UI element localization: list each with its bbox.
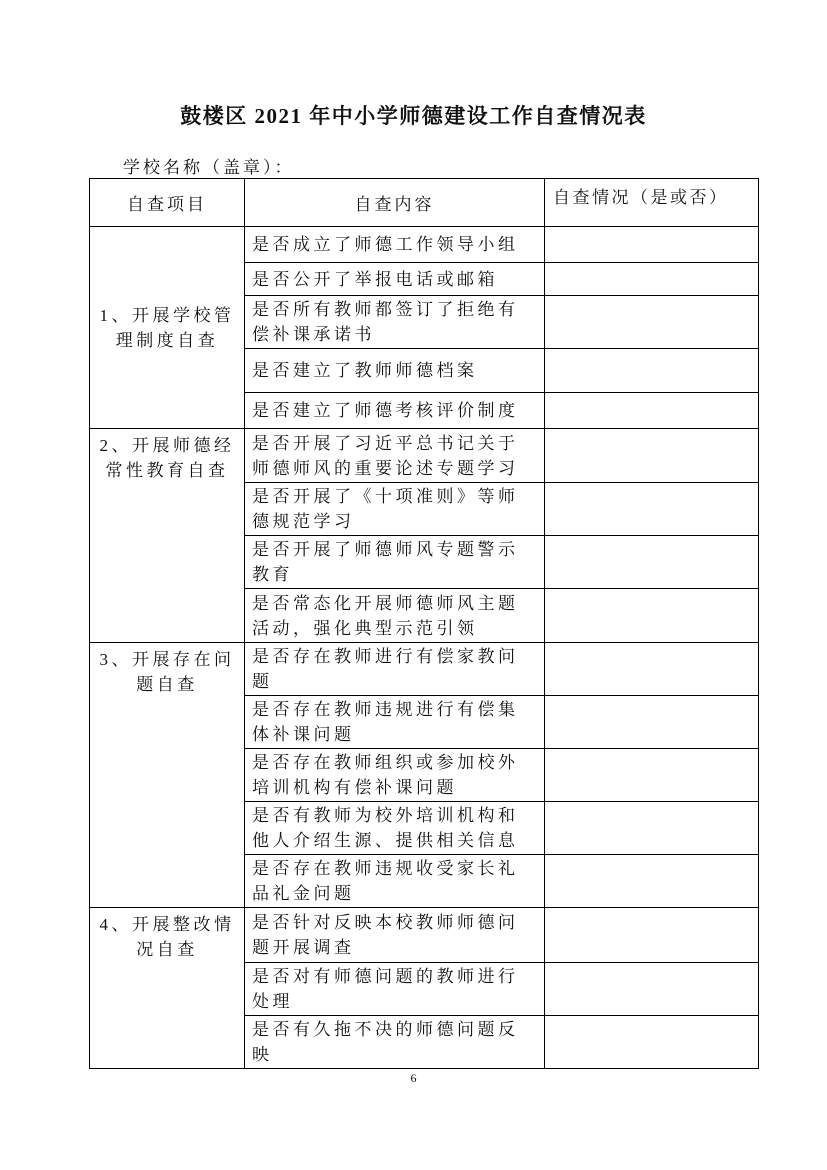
document-page: 鼓楼区 2021 年中小学师德建设工作自查情况表 学校名称（盖章）： 自查项目 … bbox=[0, 0, 827, 1170]
status-input-cell[interactable] bbox=[545, 749, 759, 802]
self-inspection-table: 自查项目 自查内容 自查情况（是或否） 1、开展学校管 理制度自查 是否成立了师… bbox=[89, 178, 759, 1069]
inspection-item: 是否对有师德问题的教师进行 处理 bbox=[245, 963, 545, 1016]
status-input-cell[interactable] bbox=[545, 963, 759, 1016]
status-input-cell[interactable] bbox=[545, 393, 759, 429]
status-input-cell[interactable] bbox=[545, 1016, 759, 1069]
inspection-item: 是否存在教师违规进行有偿集 体补课问题 bbox=[245, 696, 545, 749]
table-header-row: 自查项目 自查内容 自查情况（是或否） bbox=[90, 179, 759, 227]
page-number: 6 bbox=[0, 1071, 827, 1086]
inspection-item: 是否建立了师德考核评价制度 bbox=[245, 393, 545, 429]
column-header-status: 自查情况（是或否） bbox=[545, 179, 759, 227]
inspection-item: 是否成立了师德工作领导小组 bbox=[245, 227, 545, 263]
section-label-3: 3、开展存在问 题自查 bbox=[90, 643, 245, 908]
status-input-cell[interactable] bbox=[545, 349, 759, 393]
inspection-item: 是否存在教师进行有偿家教问 题 bbox=[245, 643, 545, 696]
inspection-item: 是否存在教师违规收受家长礼 品礼金问题 bbox=[245, 855, 545, 908]
status-input-cell[interactable] bbox=[545, 855, 759, 908]
inspection-item: 是否所有教师都签订了拒绝有 偿补课承诺书 bbox=[245, 296, 545, 349]
inspection-item: 是否开展了师德师风专题警示 教育 bbox=[245, 536, 545, 589]
inspection-item: 是否有久拖不决的师德问题反 映 bbox=[245, 1016, 545, 1069]
inspection-item: 是否常态化开展师德师风主题 活动，强化典型示范引领 bbox=[245, 589, 545, 643]
table-row: 3、开展存在问 题自查 是否存在教师进行有偿家教问 题 bbox=[90, 643, 759, 696]
status-input-cell[interactable] bbox=[545, 536, 759, 589]
status-input-cell[interactable] bbox=[545, 643, 759, 696]
status-input-cell[interactable] bbox=[545, 802, 759, 855]
status-input-cell[interactable] bbox=[545, 296, 759, 349]
status-input-cell[interactable] bbox=[545, 589, 759, 643]
status-input-cell[interactable] bbox=[545, 696, 759, 749]
inspection-item: 是否针对反映本校教师师德问 题开展调查 bbox=[245, 908, 545, 963]
table-row: 4、开展整改情 况自查 是否针对反映本校教师师德问 题开展调查 bbox=[90, 908, 759, 963]
inspection-item: 是否开展了习近平总书记关于 师德师风的重要论述专题学习 bbox=[245, 429, 545, 483]
inspection-item: 是否存在教师组织或参加校外 培训机构有偿补课问题 bbox=[245, 749, 545, 802]
status-input-cell[interactable] bbox=[545, 908, 759, 963]
inspection-item: 是否建立了教师师德档案 bbox=[245, 349, 545, 393]
column-header-item: 自查项目 bbox=[90, 179, 245, 227]
section-label-4: 4、开展整改情 况自查 bbox=[90, 908, 245, 1069]
section-label-1: 1、开展学校管 理制度自查 bbox=[90, 227, 245, 429]
school-name-label: 学校名称（盖章）： bbox=[123, 153, 295, 178]
status-input-cell[interactable] bbox=[545, 227, 759, 263]
column-header-content: 自查内容 bbox=[245, 179, 545, 227]
table-row: 1、开展学校管 理制度自查 是否成立了师德工作领导小组 bbox=[90, 227, 759, 263]
status-input-cell[interactable] bbox=[545, 483, 759, 536]
document-title: 鼓楼区 2021 年中小学师德建设工作自查情况表 bbox=[0, 100, 827, 130]
inspection-item: 是否开展了《十项准则》等师 德规范学习 bbox=[245, 483, 545, 536]
table-row: 2、开展师德经 常性教育自查 是否开展了习近平总书记关于 师德师风的重要论述专题… bbox=[90, 429, 759, 483]
status-input-cell[interactable] bbox=[545, 263, 759, 296]
section-label-2: 2、开展师德经 常性教育自查 bbox=[90, 429, 245, 643]
status-input-cell[interactable] bbox=[545, 429, 759, 483]
inspection-item: 是否有教师为校外培训机构和 他人介绍生源、提供相关信息 bbox=[245, 802, 545, 855]
inspection-item: 是否公开了举报电话或邮箱 bbox=[245, 263, 545, 296]
